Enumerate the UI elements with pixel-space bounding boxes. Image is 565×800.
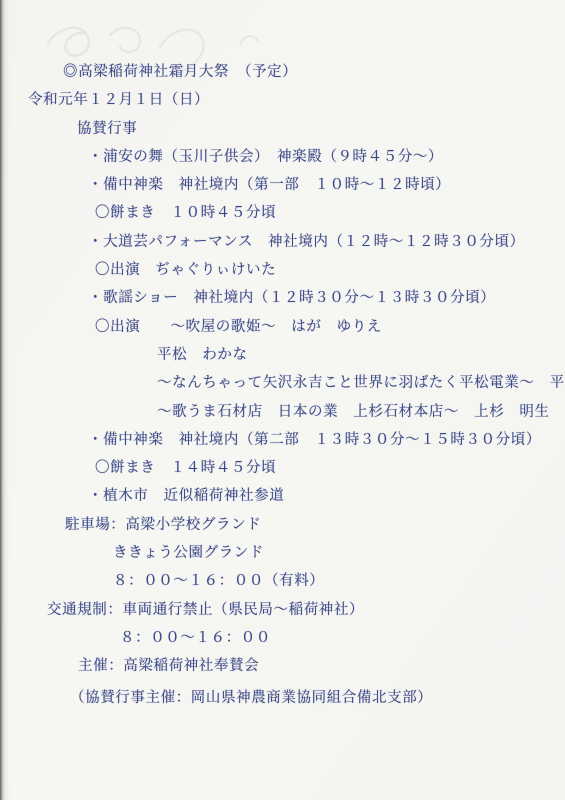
parking-line-2: ききょう公園グランド [113, 539, 565, 567]
program-item-kayo-performer-4: ～歌うま石材店 日本の業 上杉石材本店～ 上杉 明生 [157, 398, 565, 426]
organizer-line: 主催：高梁稲荷神社奉賛会 [78, 652, 565, 680]
co-organizer-line: （協賛行事主催：岡山県神農商業協同組合備北支部） [70, 684, 565, 712]
program-item-mochimaki-2: 〇餅まき １４時４５分頃 [95, 454, 565, 482]
parking-hours: ８：００～１６：００（有料） [113, 567, 565, 595]
parking-line-1: 駐車場：高梁小学校グランド [65, 511, 565, 539]
program-item-kayo-performer-1: 〇出演 ～吹屋の歌姫～ はが ゆりえ [95, 313, 565, 341]
program-item-bitchu-kagura-2: ・備中神楽 神社境内（第二部 １３時３０分～１５時３０分頃） [88, 426, 565, 454]
traffic-restriction-line: 交通規制：車両通行禁止（県民局～稲荷神社） [47, 596, 565, 624]
document-date: 令和元年１２月１日（日） [28, 86, 565, 114]
program-item-kayo-show: ・歌謡ショー 神社境内（１２時３０分～１３時３０分頃） [88, 284, 565, 312]
program-item-mochimaki-1: 〇餅まき １０時４５分頃 [95, 199, 565, 227]
program-item-bitchu-kagura-1: ・備中神楽 神社境内（第一部 １０時～１２時頃） [88, 171, 565, 199]
program-header: 協賛行事 [77, 115, 565, 143]
program-item-kayo-performer-3: ～なんちゃって矢沢永吉こと世界に羽ばたく平松電業～ 平松 久幸 [157, 369, 565, 397]
document-body: ◎高梁稲荷神社霜月大祭 （予定） 令和元年１２月１日（日） 協賛行事 ・浦安の舞… [0, 0, 565, 712]
program-item-urayasu-dance: ・浦安の舞（玉川子供会） 神楽殿（９時４５分～） [88, 143, 565, 171]
scanned-document-page: ◎高梁稲荷神社霜月大祭 （予定） 令和元年１２月１日（日） 協賛行事 ・浦安の舞… [0, 0, 565, 800]
program-item-ueki-ichi: ・植木市 近似稲荷神社参道 [88, 482, 565, 510]
program-item-street-performance: ・大道芸パフォーマンス 神社境内（１２時～１２時３０分頃） [88, 228, 565, 256]
program-item-kayo-performer-2: 平松 わかな [157, 341, 565, 369]
document-title: ◎高梁稲荷神社霜月大祭 （予定） [63, 58, 565, 86]
program-item-performer-daidogei: 〇出演 ぢゃぐりぃけいた [95, 256, 565, 284]
traffic-hours: ８：００～１６：００ [120, 624, 565, 652]
